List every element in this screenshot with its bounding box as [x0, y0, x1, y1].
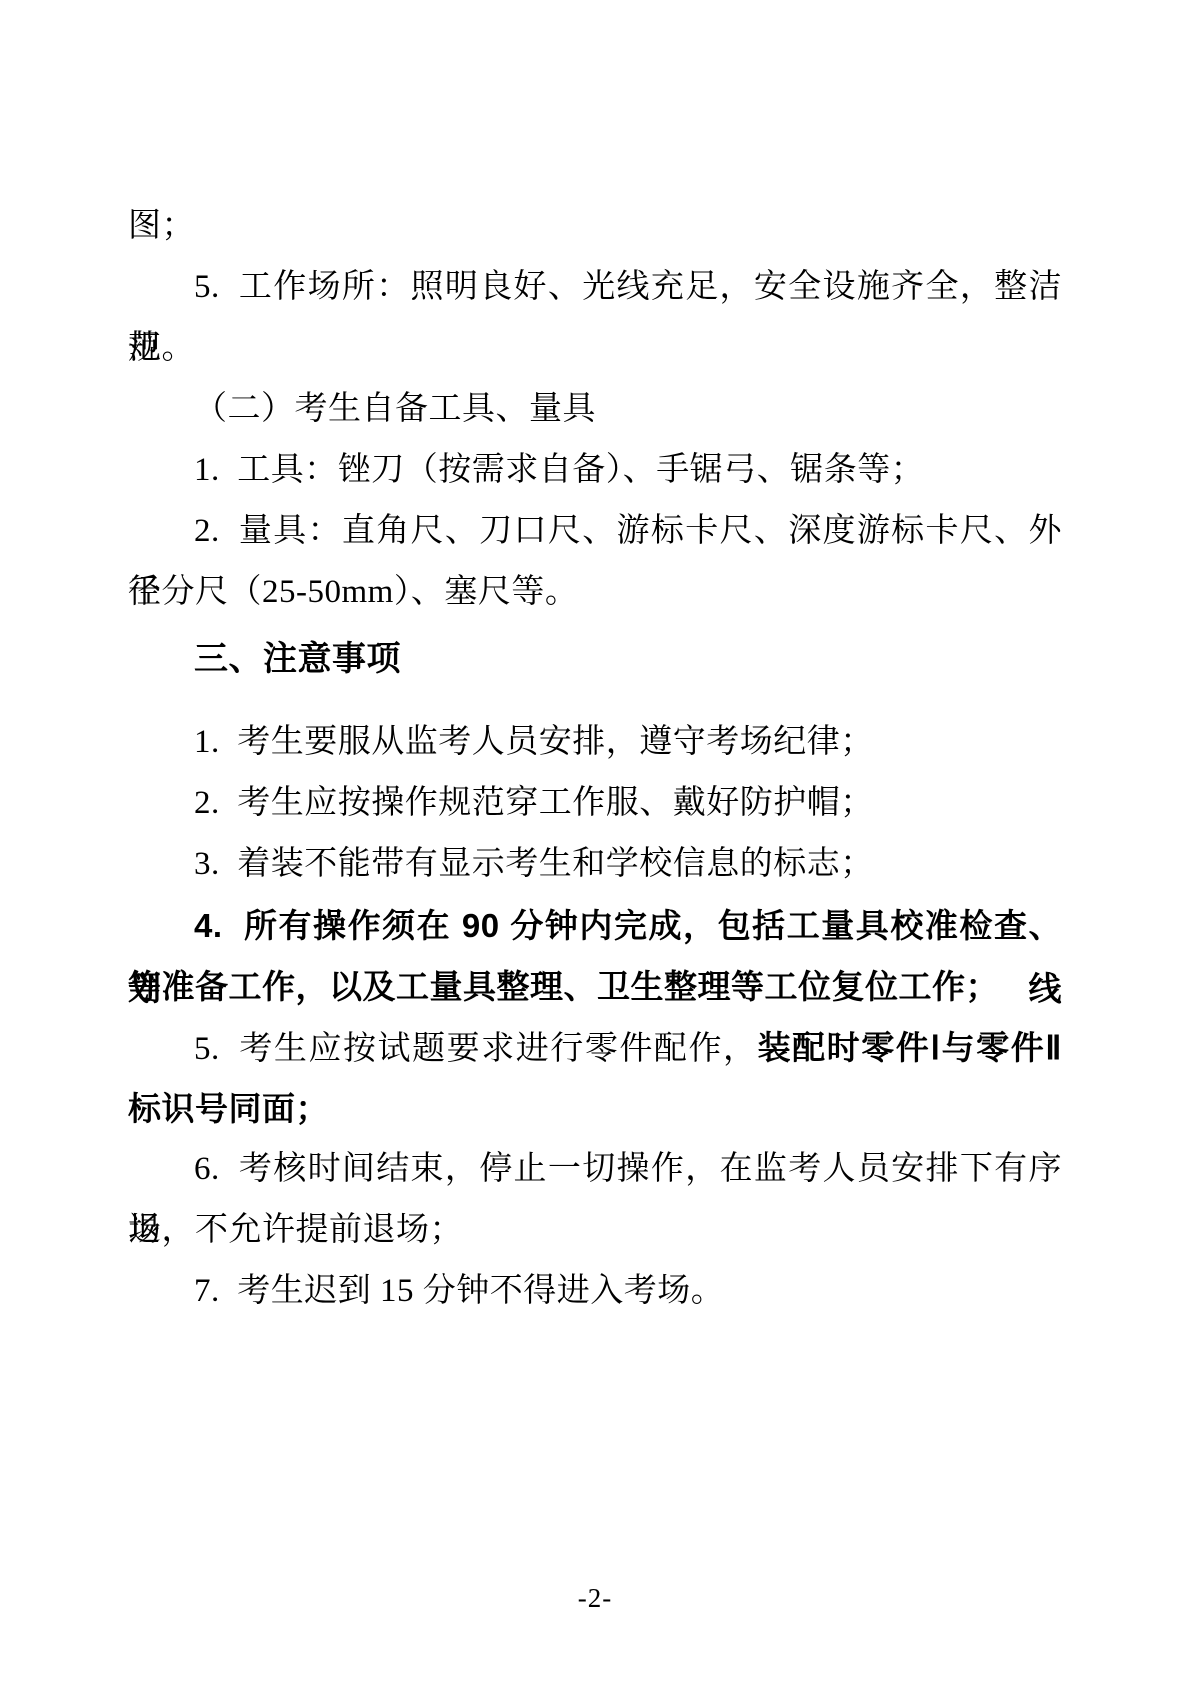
text-line: 标识号同面；: [128, 1078, 1062, 1139]
page-number: -2-: [0, 1578, 1190, 1618]
text-line: 1. 考生要服从监考人员安排，遵守考场纪律；: [128, 712, 1062, 773]
text-line: （二）考生自备工具、量具: [128, 379, 1062, 440]
text-segment: （二）考生自备工具、量具: [194, 391, 596, 427]
text-segment: 图；: [128, 208, 195, 244]
section-heading: 三、注意事项: [128, 629, 1062, 690]
text-line: 6. 考核时间结束，停止一切操作，在监考人员安排下有序退: [128, 1139, 1062, 1200]
text-segment: 标识号同面；: [128, 1090, 329, 1127]
text-segment: 3. 着装不能带有显示考生和学校信息的标志；: [194, 846, 874, 882]
text-line: 7. 考生迟到 15 分钟不得进入考场。: [128, 1261, 1062, 1322]
text-segment: 5. 考生应按试题要求进行零件配作，: [194, 1031, 758, 1067]
text-line: 3. 着装不能带有显示考生和学校信息的标志；: [128, 834, 1062, 895]
text-line: 4. 所有操作须在 90 分钟内完成，包括工量具校准检查、划线: [128, 895, 1062, 956]
text-segment: 三、注意事项: [194, 640, 401, 678]
text-segment: 等准备工作，以及工量具整理、卫生整理等工位复位工作；: [128, 968, 999, 1005]
text-segment: 1. 考生要服从监考人员安排，遵守考场纪律；: [194, 724, 874, 760]
text-segment: 范。: [128, 330, 195, 366]
text-line: 等准备工作，以及工量具整理、卫生整理等工位复位工作；: [128, 956, 1062, 1017]
text-segment: 装配时零件Ⅰ与零件Ⅱ: [758, 1029, 1062, 1066]
text-line: 5. 考生应按试题要求进行零件配作，装配时零件Ⅰ与零件Ⅱ: [128, 1017, 1062, 1078]
text-line: 范。: [128, 318, 1062, 379]
text-line: 千分尺（25-50mm）、塞尺等。: [128, 562, 1062, 623]
document-body: 图；5. 工作场所：照明良好、光线充足，安全设施齐全，整洁规范。（二）考生自备工…: [0, 0, 1190, 1322]
text-line: 1. 工具：锉刀（按需求自备）、手锯弓、锯条等；: [128, 440, 1062, 501]
text-line: 2. 考生应按操作规范穿工作服、戴好防护帽；: [128, 773, 1062, 834]
text-segment: 2. 考生应按操作规范穿工作服、戴好防护帽；: [194, 785, 874, 821]
document-page: { "document": { "page_number": "-2-", "l…: [0, 0, 1190, 1683]
text-line: 图；: [128, 196, 1062, 257]
text-line: 场，不允许提前退场；: [128, 1200, 1062, 1261]
text-segment: 1. 工具：锉刀（按需求自备）、手锯弓、锯条等；: [194, 452, 924, 488]
text-segment: 场，不允许提前退场；: [128, 1212, 463, 1248]
text-line: 2. 量具：直角尺、刀口尺、游标卡尺、深度游标卡尺、外径: [128, 501, 1062, 562]
text-segment: 千分尺（25-50mm）、塞尺等。: [128, 574, 578, 610]
text-segment: 7. 考生迟到 15 分钟不得进入考场。: [194, 1273, 724, 1309]
text-line: 5. 工作场所：照明良好、光线充足，安全设施齐全，整洁规: [128, 257, 1062, 318]
